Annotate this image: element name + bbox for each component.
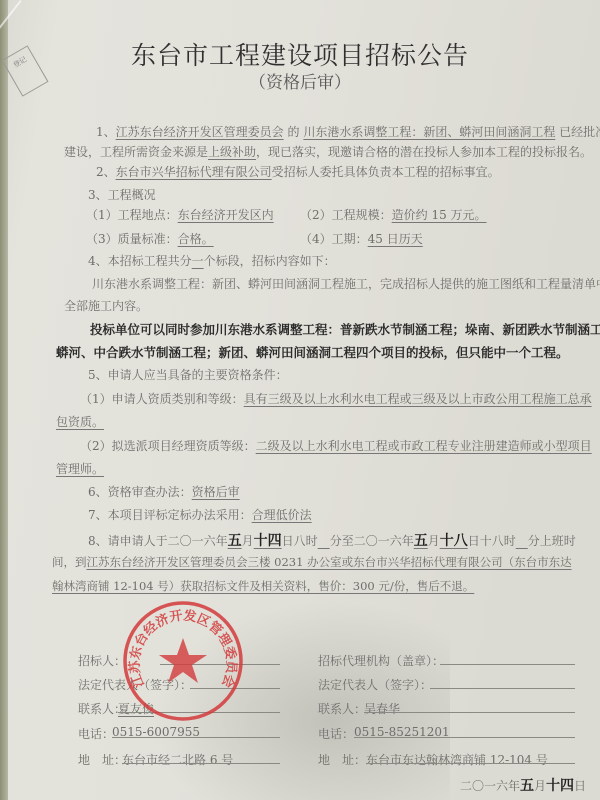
agency-name: 东台市兴华招标代理有限公司: [116, 165, 272, 179]
section-number: 2、: [96, 165, 116, 179]
label: 7、本项目评标定标办法采用：: [88, 508, 252, 522]
qualification-1-cont: 包资质。: [56, 413, 104, 430]
label: （4）工期：: [300, 232, 368, 246]
section-2: 2、东台市兴华招标代理有限公司受招标人委托具体负责本工程的招标事宜。: [96, 163, 500, 180]
tenderee-label: 招标人：: [78, 652, 126, 669]
handwritten-month: 五: [520, 778, 534, 794]
value: 包资质。: [56, 415, 104, 429]
text: 月: [428, 534, 440, 548]
section-5-heading: 5、申请人应当具备的主要资格条件：: [88, 366, 288, 383]
value: 合理低价法: [252, 508, 312, 522]
value: 管理师。: [56, 462, 104, 476]
section-8-line-1: 8、请申请人于二〇一六年五月十四日八时 分至二〇一六年五月十八日十八时 分上班时: [88, 530, 576, 550]
project-location: （1）工程地点：东台经济开发区内: [86, 206, 274, 223]
quality-standard: （3）质量标准：合格。: [86, 230, 214, 247]
signature-line: [364, 712, 575, 713]
text: 8、请申请人于二〇一六年: [88, 534, 228, 548]
text: 分上班时: [528, 534, 576, 548]
signature-line: [122, 763, 280, 764]
value: 二级及以上水利水电工程或市政工程专业注册建造师或小型项目: [256, 439, 592, 453]
label: （3）质量标准：: [86, 232, 178, 246]
handwritten-day: 十四: [254, 533, 282, 549]
section-1-line-2: 建设，工程所需资金来源是上级补助，现已落实，现邀请合格的潜在投标人参加本工程的投…: [64, 143, 592, 160]
agency-address-label: 地 址：: [318, 751, 366, 768]
text: 4、本招标工程共分: [88, 254, 192, 268]
text: 日: [574, 779, 586, 793]
agency-address: 东台市东达翰林湾商铺 12-104 号: [366, 751, 548, 768]
agency-legal-rep-label: 法定代表人（签字）：: [318, 676, 432, 693]
text: 月: [242, 534, 254, 548]
value: 东台经济开发区内: [178, 208, 274, 222]
section-1-line-1: 1、江苏东台经济开发区管理委员会 的 川东港水系调整工程：新团、蟒河田间涵洞工程…: [96, 123, 600, 140]
project-name: 川东港水系调整工程：新团、蟒河田间涵洞工程: [303, 125, 555, 139]
signing-date: 二〇一六年五月十四日: [460, 775, 586, 795]
qualification-1: （1）申请人资质类别和等级：具有三级及以上水利水电工程或三级及以上市政公用工程施…: [80, 390, 592, 407]
pickup-location: 江苏东台经济开发区管理委员会三楼 0231 办公室或东台市兴华招标代理有限公司（…: [87, 555, 572, 569]
section-4-content-1: 川东港水系调整工程：新团、蟒河田间涵洞工程施工，完成招标人提供的施工图纸和工程量…: [92, 275, 600, 292]
text: 日十八时: [468, 534, 516, 548]
agency-phone-label: 电话：: [318, 725, 354, 742]
section-4-heading: 4、本招标工程共分一个标段，招标内容如下：: [88, 252, 336, 269]
value: 45 日历天: [368, 232, 423, 246]
text: 二〇一六年: [460, 779, 520, 793]
fund-source: 上级补助: [208, 145, 256, 159]
label: （2）工程规模：: [300, 208, 392, 222]
value: 具有三级及以上水利水电工程或三级及以上市政公用工程施工总承: [244, 392, 592, 406]
construction-period: （4）工期：45 日历天: [300, 230, 423, 247]
text: 间，到: [52, 555, 87, 569]
value: 资格后审: [192, 485, 240, 499]
section-4-bold-2: 蟒河、中合跌水节制涵工程；新团、蟒河田间涵洞工程四个项目的投标，但只能中一个工程…: [56, 343, 569, 361]
text: 建设，工程所需资金来源是: [64, 145, 208, 159]
text: 月: [534, 779, 546, 793]
text: 的: [287, 125, 299, 139]
handwritten-month: 五: [414, 533, 428, 549]
section-6: 6、资格审查办法：资格后审: [88, 483, 240, 500]
tenderee-phone-label: 电话：: [78, 725, 114, 742]
signature-line: [430, 688, 575, 689]
text: 日八时: [282, 534, 318, 548]
value: 合格。: [178, 232, 214, 246]
signature-line: [440, 664, 575, 665]
section-4-bold-1: 投标单位可以同时参加川东港水系调整工程：普新跌水节制涵工程；垛南、新团跌水节制涵…: [90, 320, 600, 338]
qualification-2: （2）拟选派项目经理资质等级：二级及以上水利水电工程或市政工程专业注册建造师或小…: [80, 437, 592, 454]
label: （2）拟选派项目经理资质等级：: [80, 439, 256, 453]
agency-label: 招标代理机构（盖章）：: [318, 652, 444, 669]
agency-contact-label: 联系人：: [318, 700, 366, 717]
handwritten-day: 十八: [440, 533, 468, 549]
section-3-heading: 3、工程概况: [88, 186, 156, 203]
section-4-content-2: 全部施工内容。: [64, 297, 148, 314]
document-title: 东台市工程建设项目招标公告: [0, 36, 600, 72]
label: 6、资格审查办法：: [88, 485, 192, 499]
label: （1）申请人资质类别和等级：: [80, 392, 244, 406]
tenderee-address: 东台市经二北路 6 号: [122, 751, 233, 768]
tenderee-name: 江苏东台经济开发区管理委员会: [116, 125, 284, 139]
section-8-line-2: 间，到江苏东台经济开发区管理委员会三楼 0231 办公室或东台市兴华招标代理有限…: [52, 554, 572, 570]
project-scale: （2）工程规模：造价约 15 万元。: [300, 206, 487, 223]
text: ，现已落实，现邀请合格的潜在投标人参加本工程的投标报名。: [256, 145, 592, 159]
value: 造价约 15 万元。: [392, 208, 487, 222]
pickup-location-cont: 翰林湾商铺 12-104 号）获取招标文件及相关资料，售价：300 元/份，售后…: [52, 579, 474, 593]
section-7: 7、本项目评标定标办法采用：合理低价法: [88, 506, 312, 523]
text: 个标段，招标内容如下：: [204, 254, 336, 268]
handwritten-day: 十四: [546, 778, 574, 794]
document-subtitle: （资格后审）: [0, 68, 600, 93]
agency-contact: 吴春华: [364, 700, 400, 717]
qualification-2-cont: 管理师。: [56, 460, 104, 477]
handwritten-month: 五: [228, 533, 242, 549]
section-number: 1、: [96, 125, 116, 139]
text: 分至二〇一六年: [330, 534, 414, 548]
background-edge: [0, 0, 8, 800]
section-8-line-3: 翰林湾商铺 12-104 号）获取招标文件及相关资料，售价：300 元/份，售后…: [52, 578, 474, 594]
official-seal-icon: 江苏东台经济开发区管理委员会: [120, 598, 246, 724]
label: （1）工程地点：: [86, 208, 178, 222]
signature-line: [366, 763, 575, 764]
signature-line: [354, 737, 575, 738]
lot-count: 一: [192, 254, 204, 268]
text: 受招标人委托具体负责本工程的招标事宜。: [272, 165, 500, 179]
tenderee-address-label: 地 址：: [78, 751, 126, 768]
text: 已经批准: [559, 125, 600, 139]
signature-line: [112, 737, 280, 738]
